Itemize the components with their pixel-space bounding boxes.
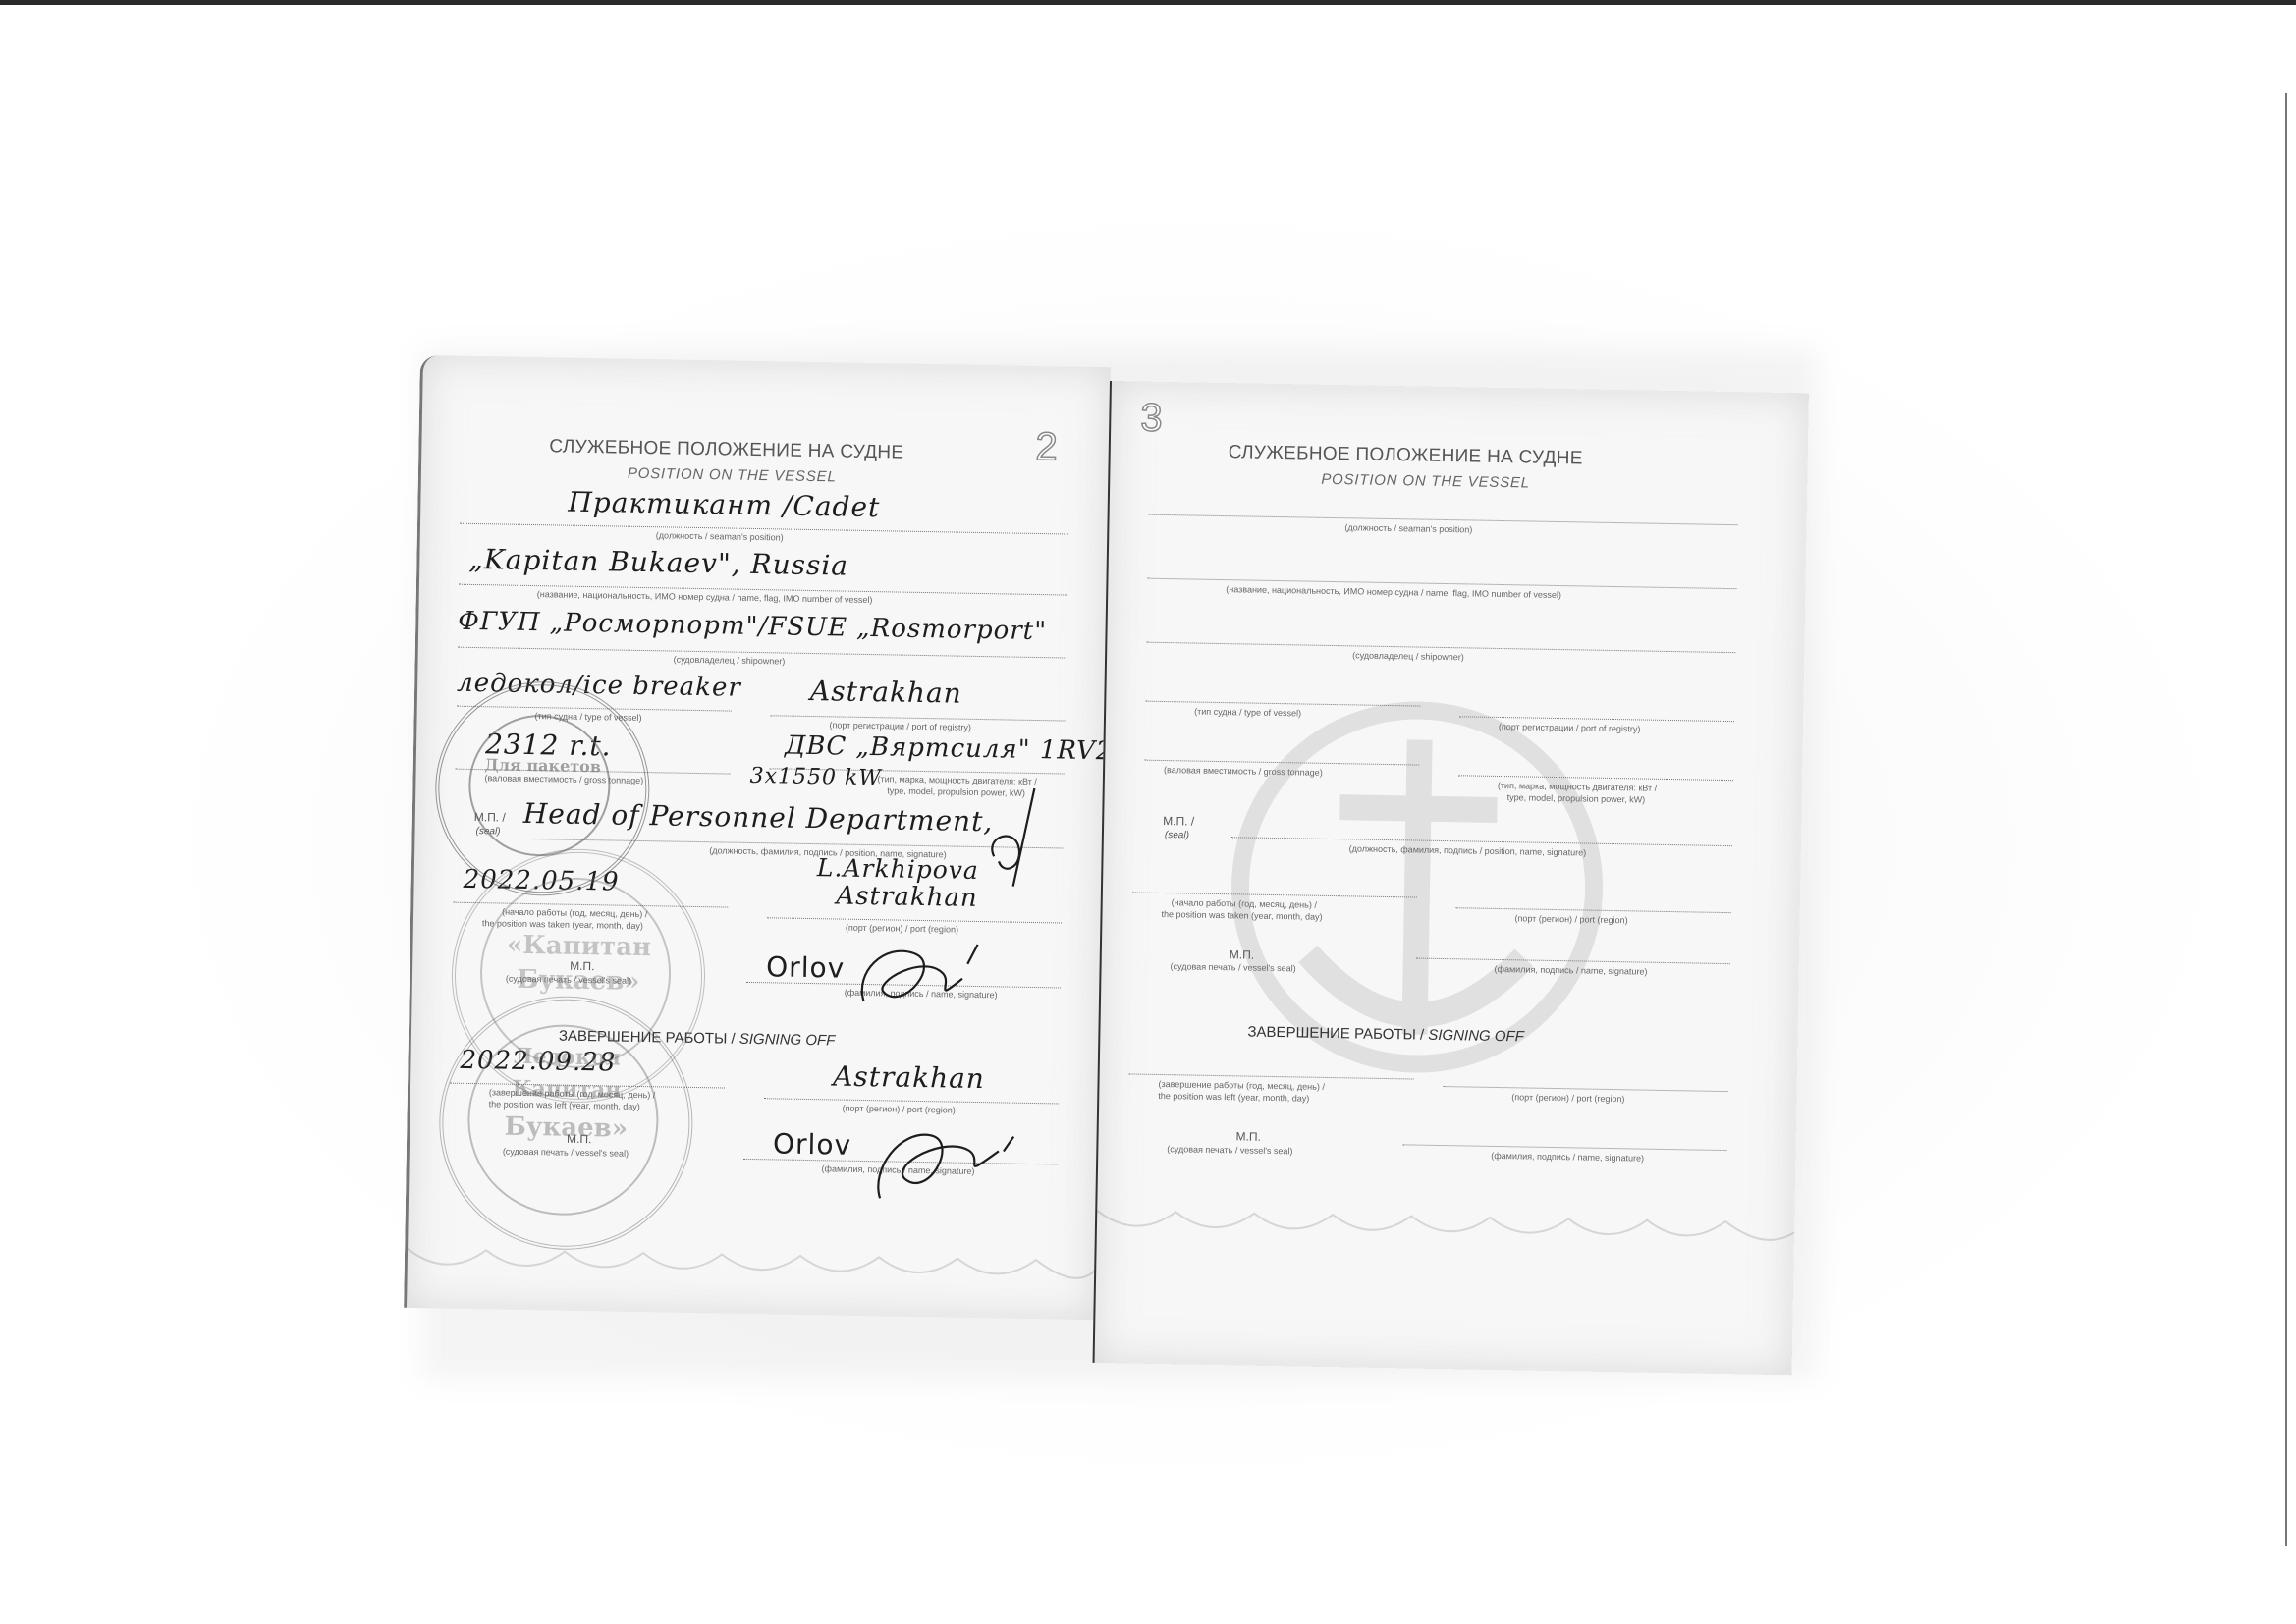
engine-caption-1: (тип, марка, мощность двигателя: кВт /	[877, 774, 1036, 786]
engine-power-value: 3x1550 kW	[749, 764, 882, 790]
seal-caption: (seal)	[475, 826, 500, 837]
gross-tonnage-value: 2312 r.t.	[485, 728, 612, 762]
vessel-caption: (название, национальность, ИМО номер суд…	[1226, 584, 1561, 600]
position-taken-caption-2: the position was taken (year, month, day…	[1161, 909, 1322, 922]
signing-off-heading-ru: ЗАВЕРШЕНИЕ РАБОТЫ /	[559, 1028, 739, 1048]
port-of-registry-line	[771, 715, 1066, 721]
port-of-registry-value: Astrakhan	[810, 675, 962, 710]
vessel-type-line	[457, 706, 732, 712]
vessel-caption: (название, национальность, ИМО номер суд…	[537, 589, 873, 605]
signing-off-heading-ru: ЗАВЕРШЕНИЕ РАБОТЫ /	[1247, 1024, 1428, 1044]
seal-label: М.П. /	[474, 810, 506, 825]
position-left-caption-2: the position was left (year, month, day)	[489, 1099, 640, 1111]
position-taken-caption-2: the position was taken (year, month, day…	[482, 918, 643, 931]
gross-tonnage-caption: (валовая вместимость / gross tonnage)	[484, 773, 643, 785]
vessel-seal-caption-1: (судовая печать / vessel's seal)	[1171, 961, 1296, 973]
page-title-ru: СЛУЖЕБНОЕ ПОЛОЖЕНИЕ НА СУДНЕ	[1229, 442, 1583, 469]
vessel-type-caption: (тип судна / type of vessel)	[535, 711, 642, 723]
official-signature	[983, 787, 1044, 896]
page-number: 2	[1035, 425, 1058, 469]
vessel-seal-label-2: М.П.	[1235, 1129, 1261, 1143]
decorative-wave-border	[408, 1239, 1096, 1290]
shipowner-caption: (судовладелец / shipowner)	[674, 655, 786, 667]
page-number: 3	[1140, 397, 1163, 441]
port-taken-line	[767, 917, 1062, 923]
signing-off-heading-en: SIGNING OFF	[1428, 1027, 1524, 1046]
position-left-caption-2: the position was left (year, month, day)	[1158, 1091, 1309, 1104]
position-taken-caption-1: (начало работы (год, месяц, день) /	[502, 907, 647, 920]
official-position-value: Head of Personnel Department,	[523, 797, 994, 838]
official-name-value: L.Arkhipova	[817, 853, 979, 885]
position-left-caption-1: (завершение работы (год, месяц, день) /	[489, 1087, 656, 1100]
position-left-date: 2022.09.28	[460, 1046, 616, 1078]
vessel-seal-caption-2: (судовая печать / vessel's seal)	[503, 1147, 629, 1159]
decorative-wave-border	[1097, 1201, 1795, 1252]
scan-right-edge	[2285, 93, 2287, 1546]
position-caption: (должность / seaman's position)	[1344, 522, 1472, 534]
page-title-en: POSITION ON THE VESSEL	[1321, 471, 1530, 492]
position-taken-line	[453, 902, 728, 908]
signature-2-scribble	[860, 1110, 1019, 1211]
port-of-registry-caption: (порт регистрации / port of registry)	[829, 720, 971, 732]
shipowner-value: ФГУП „Росморпорт"/FSUE „Rosmorport"	[458, 607, 1047, 646]
signature-1-scribble	[844, 933, 993, 1024]
vessel-seal-label-2: М.П.	[567, 1132, 592, 1146]
position-taken-date: 2022.05.19	[463, 865, 619, 897]
signature-2-caption: (фамилия, подпись / name, signature)	[1491, 1151, 1644, 1164]
vessel-seal-caption-1: (судовая печать / vessel's seal)	[506, 974, 631, 986]
shipowner-caption: (судовладелец / shipowner)	[1352, 650, 1464, 662]
page-left: 2 СЛУЖЕБНОЕ ПОЛОЖЕНИЕ НА СУДНЕ POSITION …	[404, 355, 1111, 1320]
signature-1-name: Orlov	[766, 950, 846, 984]
seal-caption: (seal)	[1165, 830, 1189, 840]
page-title-en: POSITION ON THE VESSEL	[628, 465, 837, 486]
vessel-value: „Kapitan Bukaev", Russia	[468, 543, 848, 582]
position-caption: (должность / seaman's position)	[656, 530, 784, 542]
position-left-caption-1: (завершение работы (год, месяц, день) /	[1158, 1079, 1325, 1092]
vessel-seal-caption-2: (судовая печать / vessel's seal)	[1167, 1144, 1292, 1156]
page-title-ru: СЛУЖЕБНОЕ ПОЛОЖЕНИЕ НА СУДНЕ	[549, 436, 903, 463]
port-taken-caption: (порт (регион) / port (region)	[1514, 913, 1627, 925]
vessel-seal-label-1: М.П.	[1230, 947, 1255, 961]
signing-off-heading-en: SIGNING OFF	[739, 1031, 836, 1050]
seal-label: М.П. /	[1163, 814, 1194, 829]
port-left-value: Astrakhan	[833, 1059, 985, 1095]
gross-tonnage-caption: (валовая вместимость / gross tonnage)	[1164, 765, 1323, 778]
vessel-type-value: ледокол/ice breaker	[457, 669, 741, 703]
position-value: Практикант /Cadet	[568, 486, 880, 524]
signature-2-name: Orlov	[773, 1127, 852, 1161]
vessel-type-caption: (тип судна / type of vessel)	[1194, 707, 1301, 719]
position-taken-caption-1: (начало работы (год, месяц, день) /	[1172, 897, 1317, 910]
signing-off-heading: ЗАВЕРШЕНИЕ РАБОТЫ / SIGNING OFF	[559, 1028, 836, 1050]
port-left-line	[764, 1098, 1059, 1104]
page-right: 3 СЛУЖЕБНОЕ ПОЛОЖЕНИЕ НА СУДНЕ POSITION …	[1093, 381, 1809, 1375]
scan-top-border	[0, 0, 2296, 5]
vessel-seal-label-1: М.П.	[570, 959, 595, 973]
port-taken-value: Astrakhan	[836, 881, 978, 913]
port-left-caption: (порт (регион) / port (region)	[1511, 1092, 1624, 1104]
signature-2-line[interactable]	[1402, 1144, 1726, 1151]
